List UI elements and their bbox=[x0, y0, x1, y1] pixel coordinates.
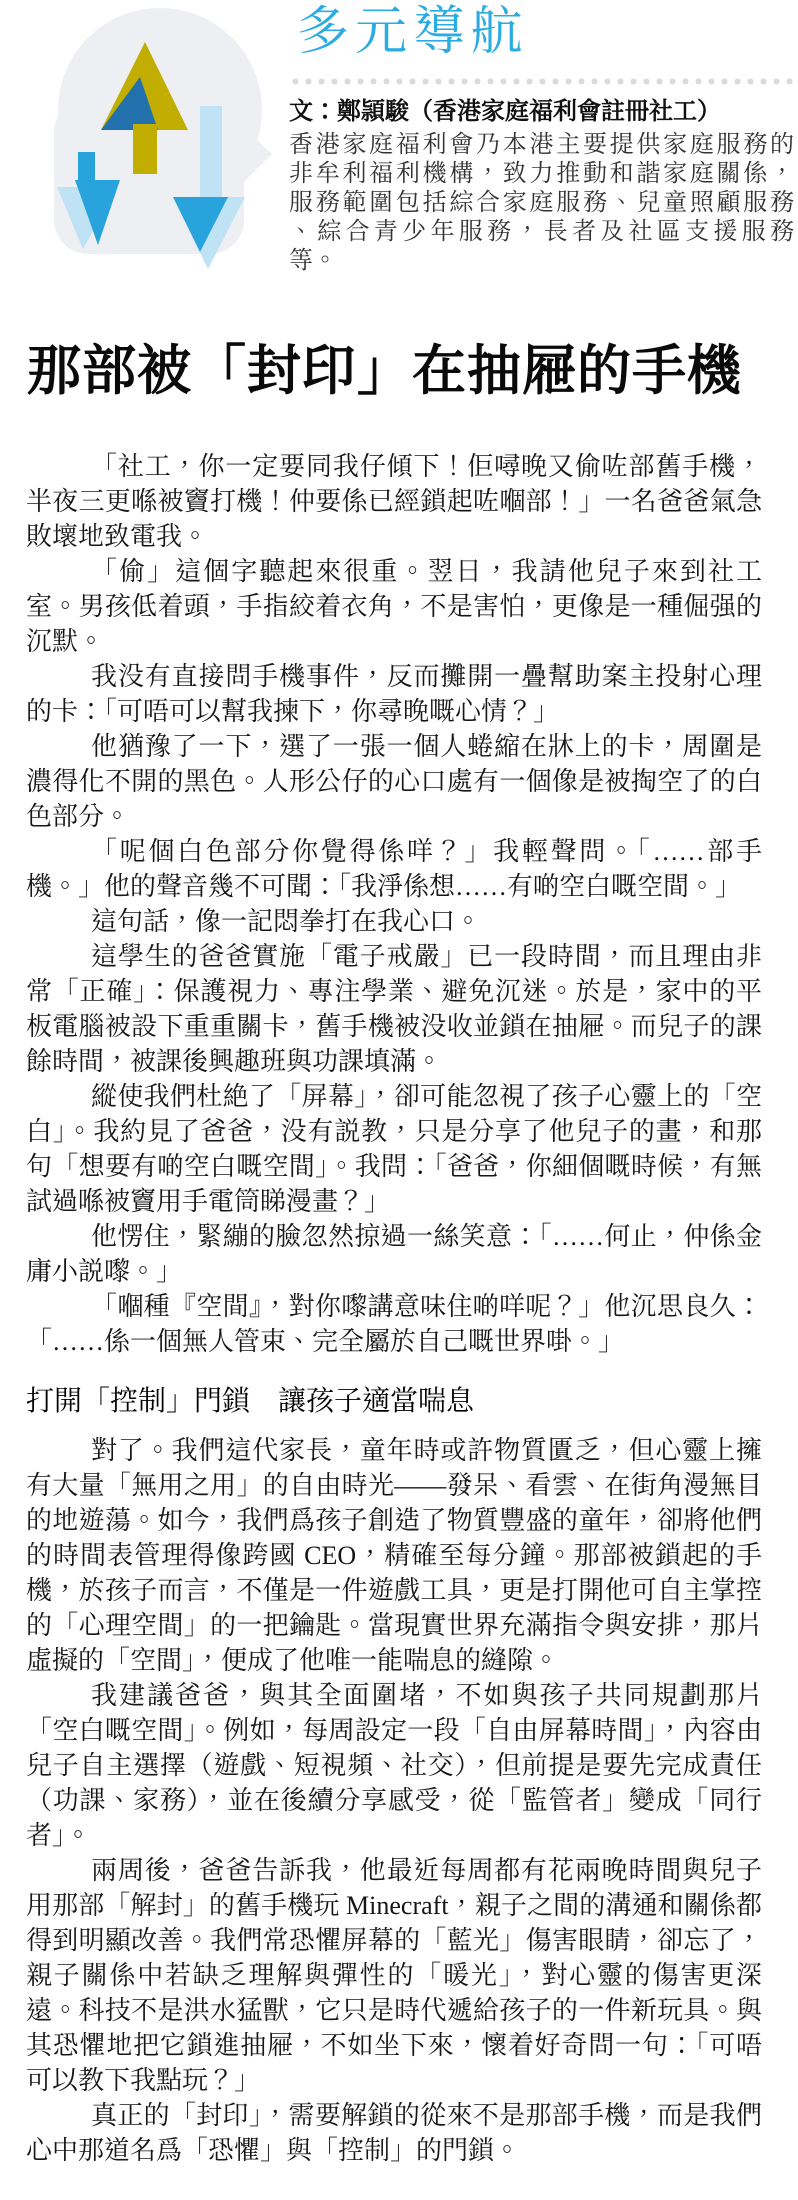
paragraph: 我没有直接問手機事件，反而攤開一疊幫助案主投射心理的卡：「可唔可以幫我揀下，你尋… bbox=[26, 659, 762, 729]
column-logo bbox=[38, 2, 278, 274]
paragraph: 真正的「封印」，需要解鎖的從來不是那部手機，而是我們心中那道名爲「恐懼」與「控制… bbox=[26, 2098, 762, 2168]
article-headline: 那部被「封印」在抽屜的手機 bbox=[27, 341, 762, 401]
intro-line: 服務範圍包括綜合家庭服務、兒童照顧服務 bbox=[289, 188, 794, 217]
newspaper-column-page: 多元導航 文：鄭頴駿（香港家庭福利會註冊社工） 香港家庭福利會乃本港主要提供家庭… bbox=[0, 0, 798, 2200]
paragraph: 「偷」這個字聽起來很重。翌日，我請他兒子來到社工室。男孩低着頭，手指絞着衣角，不… bbox=[26, 554, 762, 659]
intro-line: 非牟利福利機構，致力推動和諧家庭關係， bbox=[289, 159, 794, 188]
paragraph: 他猶豫了一下，選了一張一個人蜷縮在牀上的卡，周圍是濃得化不開的黑色。人形公仔的心… bbox=[26, 729, 762, 834]
updown-arrows-logo-icon bbox=[38, 2, 278, 274]
paragraph: 我建議爸爸，與其全面圍堵，不如與孩子共同規劃那片「空白嘅空間」。例如，每周設定一… bbox=[26, 1678, 762, 1853]
byline: 文：鄭頴駿（香港家庭福利會註冊社工） bbox=[289, 99, 794, 125]
dotted-separator bbox=[289, 78, 794, 85]
article-body: 「社工，你一定要同我仔傾下！佢噚晚又偷咗部舊手機，半夜三更喺被竇打機！仲要係已經… bbox=[26, 449, 762, 2168]
paragraph: 對了。我們這代家長，童年時或許物質匱乏，但心靈上擁有大量「無用之用」的自由時光—… bbox=[26, 1433, 762, 1678]
section-subhead: 打開「控制」門鎖 讓孩子適當喘息 bbox=[26, 1383, 762, 1419]
paragraph: 「呢個白色部分你覺得係咩？」我輕聲問。「……部手機。」他的聲音幾不可聞：「我淨係… bbox=[26, 834, 762, 904]
masthead: 多元導航 文：鄭頴駿（香港家庭福利會註冊社工） 香港家庭福利會乃本港主要提供家庭… bbox=[0, 0, 798, 275]
paragraph: 兩周後，爸爸告訴我，他最近每周都有花兩晚時間與兒子用那部「解封」的舊手機玩 Mi… bbox=[26, 1853, 762, 2098]
intro-line: 、綜合青少年服務，長者及社區支援服務 bbox=[289, 217, 794, 246]
paragraph: 這學生的爸爸實施「電子戒嚴」已一段時間，而且理由非常「正確」：保護視力、專注學業… bbox=[26, 939, 762, 1079]
intro-line: 等。 bbox=[289, 246, 794, 275]
paragraph: 他愣住，緊繃的臉忽然掠過一絲笑意：「……何止，仲係金庸小説嚟。」 bbox=[26, 1219, 762, 1289]
paragraph: 「嗰種『空間』，對你嚟講意味住啲咩呢？」他沉思良久：「……係一個無人管束、完全屬… bbox=[26, 1289, 762, 1359]
intro-line: 香港家庭福利會乃本港主要提供家庭服務的 bbox=[289, 130, 794, 159]
column-title: 多元導航 bbox=[297, 2, 794, 62]
paragraph: 「社工，你一定要同我仔傾下！佢噚晚又偷咗部舊手機，半夜三更喺被竇打機！仲要係已經… bbox=[26, 449, 762, 554]
paragraph: 縱使我們杜絶了「屏幕」，卻可能忽視了孩子心靈上的「空白」。我約見了爸爸，没有説教… bbox=[26, 1079, 762, 1219]
paragraph: 這句話，像一記悶拳打在我心口。 bbox=[26, 904, 762, 939]
masthead-right: 多元導航 文：鄭頴駿（香港家庭福利會註冊社工） 香港家庭福利會乃本港主要提供家庭… bbox=[289, 2, 794, 275]
organisation-intro: 香港家庭福利會乃本港主要提供家庭服務的 非牟利福利機構，致力推動和諧家庭關係， … bbox=[289, 130, 794, 275]
